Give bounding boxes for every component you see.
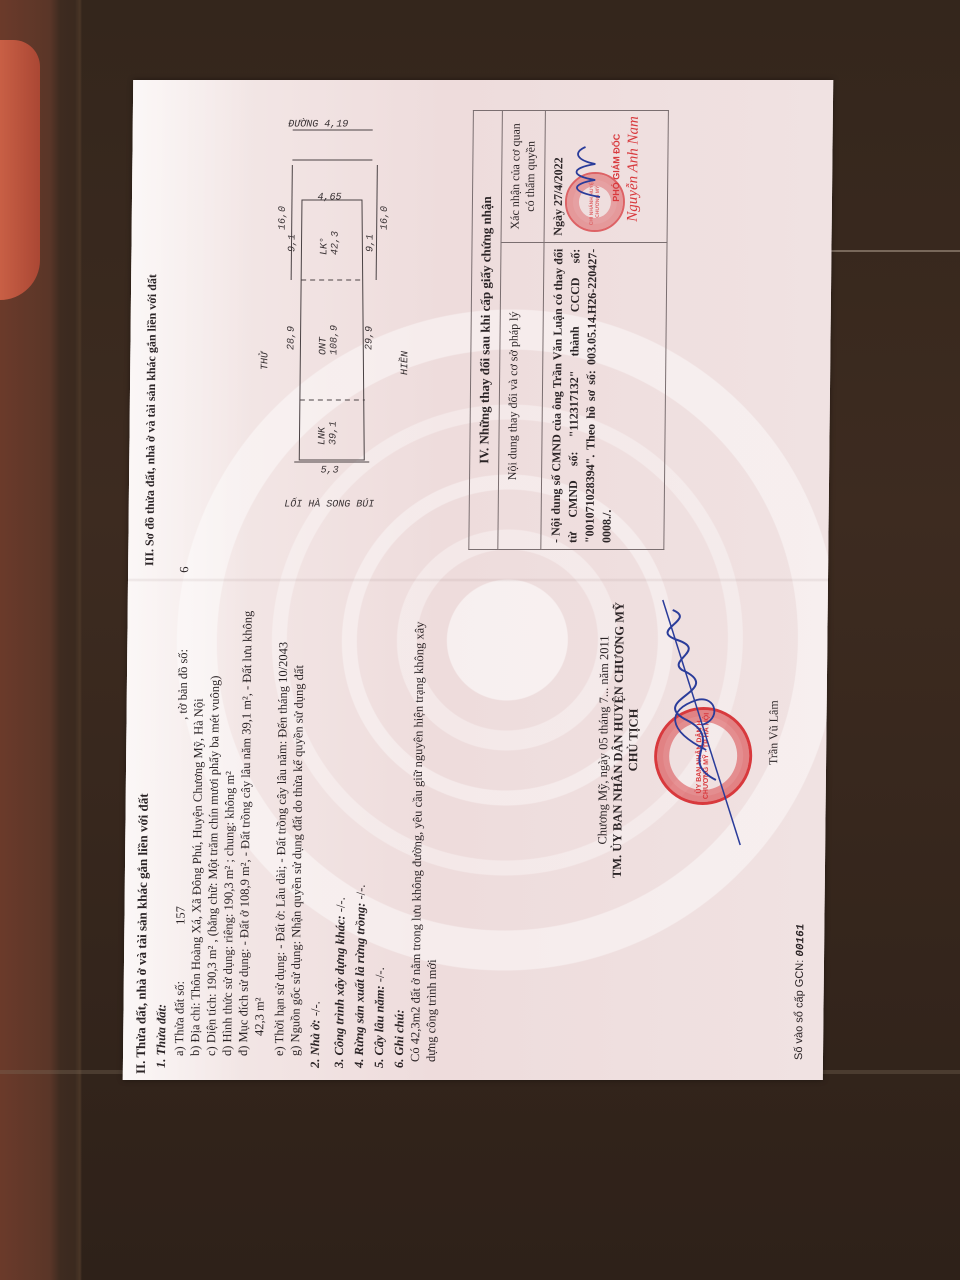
zone-lk-label: LK° 42,3 — [319, 231, 341, 255]
orange-cloth — [0, 40, 40, 300]
neighbor-top-label: THỬ — [260, 352, 271, 370]
parcel-number-label: a) Thửa đất số: — [172, 981, 187, 1056]
side-a-short-label: 9,1 — [287, 234, 298, 252]
usage-purpose-row-2: 42,3 m² — [251, 998, 267, 1036]
house-row: 2. Nhà ở: -/-. — [307, 1001, 324, 1068]
production-forest-heading: 4. Rừng sản xuất là rừng trồng: — [352, 903, 368, 1068]
certificate-serial: Số vào sổ cấp GCN: 00161 — [793, 924, 807, 1060]
col-content-header: Nội dung thay đổi và cơ sở pháp lý — [498, 242, 544, 549]
col-confirm-header: Xác nhận của cơ quan có thẩm quyền — [501, 111, 545, 243]
notes-line-2: dựng công trình mới — [423, 959, 440, 1062]
serial-value: 00161 — [795, 924, 807, 957]
table-row: - Nội dung số CMND của ông Trần Văn Luận… — [541, 111, 669, 550]
signature-scribble-icon — [645, 590, 748, 850]
perennial-trees-value: -/-. — [373, 967, 387, 982]
back-lane-label: LỐI HÀ SONG BÚI — [284, 499, 374, 510]
setback-right-label: 16,0 — [380, 206, 391, 230]
house-heading: 2. Nhà ở: — [308, 1019, 323, 1068]
notes-heading: 6. Ghi chú: — [391, 1009, 408, 1068]
zone-lnk-label: LNK 39,1 — [317, 421, 339, 445]
usage-origin-row: g) Nguồn gốc sử dụng: Nhận quyền sử dụng… — [287, 665, 307, 1056]
section-ii-title: II. Thửa đất, nhà ở và tài sản khác gắn … — [133, 793, 152, 1074]
usage-purpose-row: đ) Mục đích sử dụng: - Đất ở 108,9 m², -… — [235, 611, 256, 1056]
land-plot-diagram: ĐƯỜNG 4,19 4,65 16,0 16,0 9,1 9,1 LK° 42… — [188, 120, 452, 540]
section-iv-title: IV. Những thay đổi sau khi cấp giấy chứn… — [469, 111, 503, 550]
zone-ont-code: ONT — [318, 337, 329, 355]
neighbor-bottom-label: HIỀN — [400, 351, 411, 375]
zone-lnk-area: 39,1 — [328, 421, 339, 445]
signer-role: CHỦ TỊCH — [625, 590, 643, 890]
map-sheet-label: , tờ bản đồ số: — [176, 649, 191, 720]
section-ii-page: II. Thửa đất, nhà ở và tài sản khác gắn … — [123, 580, 828, 1080]
other-construction-value: -/-. — [334, 897, 348, 912]
land-parcel-heading: 1. Thửa đất: — [153, 1004, 170, 1068]
road-label: ĐƯỜNG 4,19 — [288, 119, 348, 130]
changes-table: IV. Những thay đổi sau khi cấp giấy chứn… — [468, 110, 669, 550]
perennial-trees-row: 5. Cây lâu năm: -/-. — [371, 967, 388, 1068]
zone-ont-label: ONT 108,9 — [318, 325, 340, 355]
section-iii-title: III. Sơ đồ thửa đất, nhà ở và tài sản kh… — [142, 274, 160, 566]
change-content: - Nội dung số CMND của ông Trần Văn Luận… — [541, 242, 667, 549]
land-certificate-paper: II. Thửa đất, nhà ở và tài sản khác gắn … — [123, 80, 833, 1080]
side-b-long-label: 29,9 — [364, 326, 375, 350]
back-width-label: 5,3 — [321, 465, 339, 476]
signature-block: Chương Mỹ, ngày 05 tháng 7... năm 2011 T… — [595, 590, 643, 890]
zone-lnk-code: LNK — [317, 427, 328, 445]
certificate-rotated-content: II. Thửa đất, nhà ở và tài sản khác gắn … — [123, 80, 833, 1080]
section-iii-iv-page: III. Sơ đồ thửa đất, nhà ở và tài sản kh… — [128, 80, 833, 580]
production-forest-value: -/-. — [354, 885, 368, 900]
confirm-signature-icon — [565, 142, 606, 202]
other-construction-row: 3. Công trình xây dựng khác: -/-. — [331, 897, 349, 1068]
confirm-title: PHÓ GIÁM ĐỐC — [611, 134, 622, 202]
other-construction-heading: 3. Công trình xây dựng khác: — [332, 915, 348, 1068]
table-edge-right — [820, 250, 960, 252]
confirm-cell: Ngày 27/4/2022 CHI NHÁNH HUYỆN CHƯƠNG MỸ… — [544, 111, 668, 243]
side-b-short-label: 9,1 — [365, 234, 376, 252]
setback-left-label: 16,0 — [278, 206, 289, 230]
front-width-label: 4,65 — [317, 192, 341, 203]
zone-lk-area: 42,3 — [330, 231, 341, 255]
parcel-number-value: 157 — [173, 906, 187, 925]
confirm-name: Nguyễn Anh Nam — [625, 116, 643, 222]
issuing-authority: TM. ỦY BAN NHÂN DÂN HUYỆN CHƯƠNG MỸ — [610, 590, 628, 890]
zone-ont-area: 108,9 — [329, 325, 340, 355]
signer-name: Trần Vũ Lâm — [766, 700, 782, 765]
perennial-trees-heading: 5. Cây lâu năm: — [372, 985, 387, 1068]
production-forest-row: 4. Rừng sản xuất là rừng trồng: -/-. — [351, 885, 369, 1068]
side-a-long-label: 28,9 — [286, 326, 297, 350]
zone-lk-code: LK° — [319, 237, 330, 255]
house-value: -/-. — [308, 1001, 322, 1016]
serial-label: Số vào sổ cấp GCN: — [793, 960, 806, 1060]
